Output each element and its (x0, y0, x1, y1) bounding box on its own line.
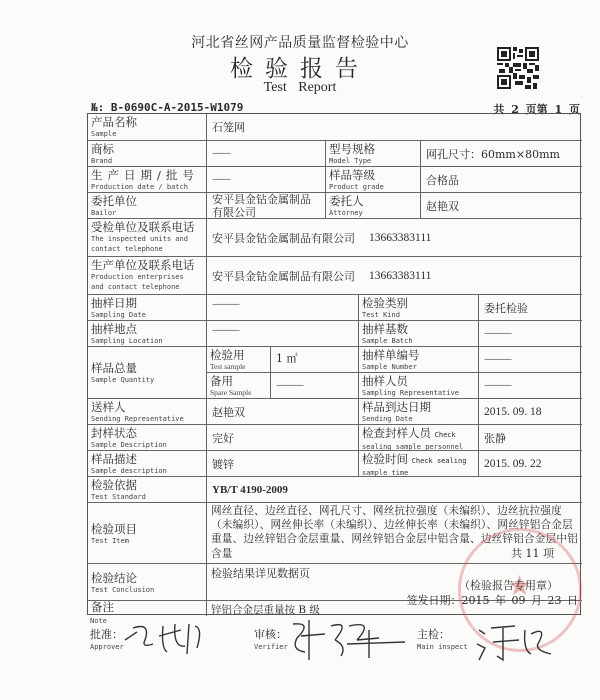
test-conclusion-label-cell: 检验结论 Test Conclusion (88, 564, 207, 601)
product-grade-value-cell: 合格品 (421, 167, 582, 193)
production-enterprise-phone: 13663383111 (369, 270, 431, 282)
model-type-value: 网孔尺寸：60mm×80mm (421, 141, 582, 166)
sampling-date-value: ——— (207, 295, 358, 320)
sampling-representative-value-cell: ——— (479, 373, 582, 399)
production-date-value: —— (207, 167, 325, 192)
sample-number-value-cell: ——— (479, 347, 582, 373)
sample-number-value: ——— (479, 347, 582, 372)
main-inspector-signature-icon (475, 620, 555, 664)
production-enterprise-label-cell: 生产单位及联系电话 Production enterprises and con… (88, 257, 207, 295)
attorney-label-cell: 委托人 Attorney (326, 193, 421, 219)
sampling-location-label-cell: 抽样地点 Sampling Location (88, 321, 207, 347)
spare-sample-label-cell: 备用 Spare Sample (207, 373, 271, 399)
bailor-value-line2: 有限公司 (212, 207, 325, 220)
seal-state-value: 完好 (207, 425, 358, 450)
inspected-units-value-cell: 安平县金钻金属制品有限公司 13663383111 (207, 219, 582, 257)
sample-batch-value: ——— (479, 321, 582, 346)
sampling-date-label-cell: 抽样日期 Sampling Date (88, 295, 207, 321)
test-sample-value-cell: 1 ㎡ (271, 347, 359, 373)
approver-signature-icon (123, 618, 213, 658)
test-standard-label-cell: 检验依据 Test Standard (88, 477, 207, 503)
sampling-date-value-cell: ——— (207, 295, 359, 321)
model-type-label-cell: 型号规格 Model Type (326, 141, 421, 167)
sampling-representative-value: ——— (479, 373, 582, 398)
brand-value-cell: —— (207, 141, 326, 167)
production-enterprise-value-cell: 安平县金钻金属制品有限公司 13663383111 (207, 257, 582, 295)
check-sealing-personnel-label-cell: 检查封样人员 Check sealing sample personnel (359, 425, 479, 451)
test-standard-value-cell: YB/T 4190-2009 (207, 477, 582, 503)
sending-representative-label-cell: 送样人 Sending Representative (88, 399, 207, 425)
report-table: 产品名称 Sample 石笼网 商标 Brand —— 型号规格 Model T… (87, 113, 581, 615)
production-enterprise-name: 安平县金钻金属制品有限公司 (212, 268, 355, 284)
sending-representative-value-cell: 赵艳双 (207, 399, 359, 425)
sample-number-label-cell: 抽样单编号 Sample Number (359, 347, 479, 373)
inspected-units-phone: 13663383111 (369, 232, 431, 244)
sample-description-label-cell: 样品描述 Sample description (88, 451, 207, 477)
production-date-value-cell: —— (207, 167, 326, 193)
test-item-value-cell: 网丝直径、边丝直径、网孔尺寸、网丝抗拉强度（未编织）、边丝抗拉强度（未编织）、网… (207, 503, 582, 564)
seal-state-label-cell: 封样状态 Sample Description (88, 425, 207, 451)
sending-date-value-cell: 2015. 09. 18 (479, 399, 582, 425)
test-kind-value-cell: 委托检验 (479, 295, 582, 321)
sampling-location-value-cell: ——— (207, 321, 359, 347)
verifier-block: 审核： Verifier (254, 626, 288, 651)
brand-label-cell: 商标 Brand (88, 141, 207, 167)
test-item-label-cell: 检验项目 Test Item (88, 503, 207, 564)
attorney-value: 赵艳双 (421, 193, 582, 218)
verifier-signature-icon (287, 616, 407, 662)
sample-value-cell: 石笼网 (207, 114, 582, 141)
qr-code-icon (497, 47, 539, 89)
sample-value: 石笼网 (207, 114, 582, 140)
check-time-value-cell: 2015. 09. 22 (479, 451, 582, 477)
bailor-value-cell: 安平县金钻金属制品 有限公司 (207, 193, 326, 219)
sample-label-cell: 产品名称 Sample (88, 114, 207, 141)
sign-date: 签发日期：2015 年 09 月 23 日 (407, 592, 578, 608)
sample-quantity-label-cell: 样品总量 Sample Quantity (88, 347, 207, 399)
bailor-label-cell: 委托单位 Bailor (88, 193, 207, 219)
production-date-label-cell: 生产日期/批号 Production date / batch (88, 167, 207, 193)
test-sample-value: 1 ㎡ (271, 347, 358, 372)
sending-date-value: 2015. 09. 18 (479, 399, 582, 424)
inspected-units-name: 安平县金钻金属制品有限公司 (212, 230, 355, 246)
test-sample-label-cell: 检验用 Test sample (207, 347, 271, 373)
spare-sample-value: ——— (271, 373, 358, 398)
product-grade-label-cell: 样品等级 Product grade (326, 167, 421, 193)
sampling-location-value: ——— (207, 321, 358, 346)
sending-representative-value: 赵艳双 (207, 399, 358, 424)
bailor-value-line1: 安平县金钻金属制品 (212, 194, 325, 207)
seal-state-value-cell: 完好 (207, 425, 359, 451)
product-grade-value: 合格品 (421, 167, 582, 192)
sample-description-value-cell: 镀锌 (207, 451, 359, 477)
inspected-units-label-cell: 受检单位及联系电话 The inspected units and contac… (88, 219, 207, 257)
check-time-label-cell: 检验时间 Check sealing sample time (359, 451, 479, 477)
sample-batch-value-cell: ——— (479, 321, 582, 347)
brand-value: —— (207, 141, 325, 166)
model-type-value-cell: 网孔尺寸：60mm×80mm (421, 141, 582, 167)
test-kind-value: 委托检验 (479, 295, 582, 320)
main-inspector-block: 主检： Main inspect (417, 626, 468, 651)
sample-description-value: 镀锌 (207, 451, 358, 476)
seal-note: （检验报告专用章） (459, 577, 558, 593)
approver-block: 批准： Approver (90, 626, 124, 651)
spare-sample-value-cell: ——— (271, 373, 359, 399)
test-item-count: 共 11 项 (511, 545, 554, 561)
sample-batch-label-cell: 抽样基数 Sample Batch (359, 321, 479, 347)
note-label-cell: 备注 (88, 601, 207, 616)
sending-date-label-cell: 样品到达日期 Sending Date (359, 399, 479, 425)
signature-footer: 批准： Approver 审核： Verifier 主检： Main inspe… (87, 626, 581, 666)
check-time-value: 2015. 09. 22 (479, 451, 582, 476)
note-label-en: Note (87, 616, 107, 626)
check-sealing-personnel-value-cell: 张静 (479, 425, 582, 451)
sampling-representative-label-cell: 抽样人员 Sampling Representative (359, 373, 479, 399)
attorney-value-cell: 赵艳双 (421, 193, 582, 219)
test-kind-label-cell: 检验类别 Test Kind (359, 295, 479, 321)
check-sealing-personnel-value: 张静 (479, 425, 582, 450)
test-standard-value: YB/T 4190-2009 (207, 477, 582, 502)
